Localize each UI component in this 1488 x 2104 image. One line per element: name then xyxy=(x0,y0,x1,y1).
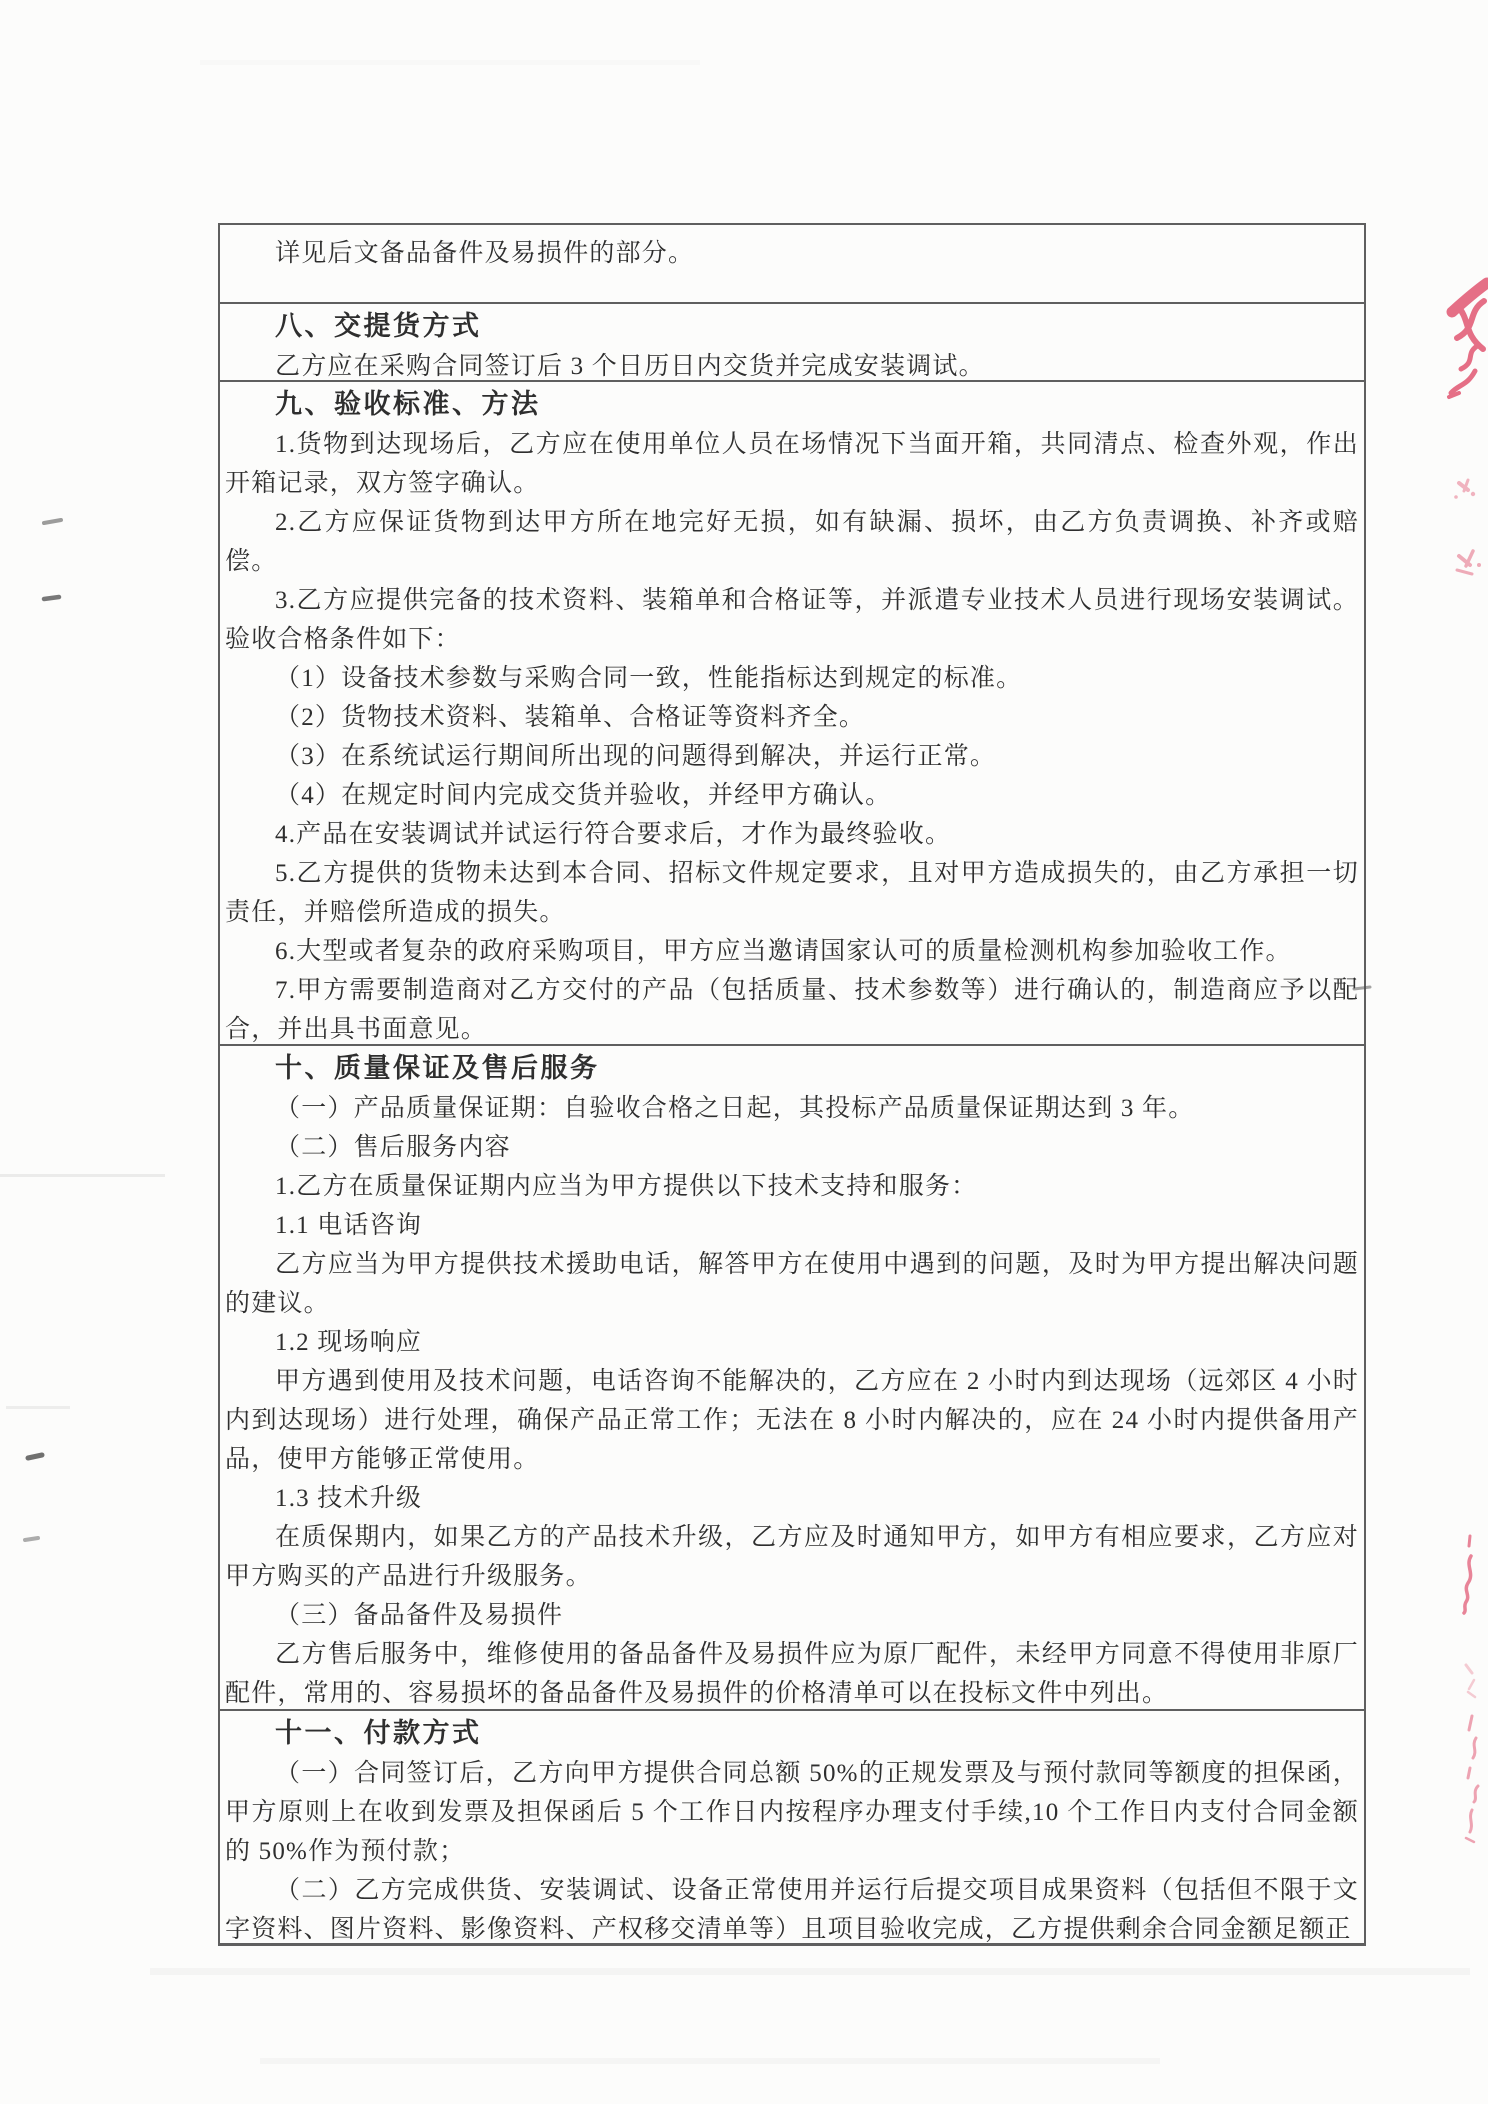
clause-10-item-2-1: 1.乙方在质量保证期内应当为甲方提供以下技术支持和服务： xyxy=(225,1167,1359,1206)
section-8-heading: 八、交提货方式 xyxy=(225,306,1359,347)
clause-9-item-6: 6.大型或者复杂的政府采购项目，甲方应当邀请国家认可的质量检测机构参加验收工作。 xyxy=(225,932,1359,971)
clause-9-item-5: 5.乙方提供的货物未达到本合同、招标文件规定要求，且对甲方造成损失的，由乙方承担… xyxy=(225,854,1359,932)
section-11-payment: 十一、付款方式 （一）合同签订后，乙方向甲方提供合同总额 50%的正规发票及与预… xyxy=(220,1709,1364,1943)
clause-9-item-3-1: （1）设备技术参数与采购合同一致，性能指标达到规定的标准。 xyxy=(225,659,1359,698)
clause-10-item-2: （二）售后服务内容 xyxy=(225,1128,1359,1167)
clause-11-item-2: （二）乙方完成供货、安装调试、设备正常使用并运行后提交项目成果资料（包括但不限于… xyxy=(225,1871,1359,1943)
red-smudge-icon xyxy=(1454,480,1475,499)
red-wavy-dash-icon xyxy=(1464,1536,1471,1613)
red-speck-cluster-icon xyxy=(1466,1665,1475,1697)
clause-9-item-4: 4.产品在安装调试并试运行符合要求后，才作为最终验收。 xyxy=(225,815,1359,854)
clause-9-item-3-4: （4）在规定时间内完成交货并验收，并经甲方确认。 xyxy=(225,776,1359,815)
contract-clauses-table: 详见后文备品备件及易损件的部分。 八、交提货方式 乙方应在采购合同签订后 3 个… xyxy=(218,223,1366,1946)
clause-11-item-1: （一）合同签订后，乙方向甲方提供合同总额 50%的正规发票及与预付款同等额度的担… xyxy=(225,1754,1359,1871)
clause-10-item-2-1-2: 1.2 现场响应 xyxy=(225,1323,1359,1362)
handwritten-red-scribble-icon xyxy=(1449,283,1487,397)
intro-line: 详见后文备品备件及易损件的部分。 xyxy=(225,234,1359,273)
section-8-delivery: 八、交提货方式 乙方应在采购合同签订后 3 个日历日内交货并完成安装调试。 xyxy=(220,302,1364,380)
clause-10-item-2-1-1: 1.1 电话咨询 xyxy=(225,1206,1359,1245)
red-dash-series-icon xyxy=(1466,1716,1478,1842)
clause-9-item-1: 1.货物到达现场后，乙方应在使用单位人员在场情况下当面开箱，共同清点、检查外观，… xyxy=(225,425,1359,503)
clause-10-item-2-1-3: 1.3 技术升级 xyxy=(225,1479,1359,1518)
clause-10-item-2-1-1-text: 乙方应当为甲方提供技术援助电话，解答甲方在使用中遇到的问题，及时为甲方提出解决问… xyxy=(225,1245,1359,1323)
clause-9-item-3-3: （3）在系统试运行期间所出现的问题得到解决，并运行正常。 xyxy=(225,737,1359,776)
section-10-warranty: 十、质量保证及售后服务 （一）产品质量保证期：自验收合格之日起，其投标产品质量保… xyxy=(220,1044,1364,1709)
clause-9-item-2: 2.乙方应保证货物到达甲方所在地完好无损，如有缺漏、损坏，由乙方负责调换、补齐或… xyxy=(225,503,1359,581)
red-smudge-icon xyxy=(1457,551,1481,574)
clause-10-item-1: （一）产品质量保证期：自验收合格之日起，其投标产品质量保证期达到 3 年。 xyxy=(225,1089,1359,1128)
section-9-heading: 九、验收标准、方法 xyxy=(225,384,1359,425)
clause-9-item-3-2: （2）货物技术资料、装箱单、合格证等资料齐全。 xyxy=(225,698,1359,737)
section-10-heading: 十、质量保证及售后服务 xyxy=(225,1048,1359,1089)
section-intro: 详见后文备品备件及易损件的部分。 xyxy=(220,225,1364,302)
clause-10-item-2-1-3-text: 在质保期内，如果乙方的产品技术升级，乙方应及时通知甲方，如甲方有相应要求，乙方应… xyxy=(225,1518,1359,1596)
section-11-heading: 十一、付款方式 xyxy=(225,1713,1359,1754)
scanned-contract-page: 详见后文备品备件及易损件的部分。 八、交提货方式 乙方应在采购合同签订后 3 个… xyxy=(0,0,1488,2104)
clause-10-item-3: （三）备品备件及易损件 xyxy=(225,1596,1359,1635)
clause-10-item-3-text: 乙方售后服务中，维修使用的备品备件及易损件应为原厂配件，未经甲方同意不得使用非原… xyxy=(225,1635,1359,1709)
clause-8-paragraph: 乙方应在采购合同签订后 3 个日历日内交货并完成安装调试。 xyxy=(225,347,1359,380)
clause-9-item-7: 7.甲方需要制造商对乙方交付的产品（包括质量、技术参数等）进行确认的，制造商应予… xyxy=(225,971,1359,1044)
clause-10-item-2-1-2-text: 甲方遇到使用及技术问题，电话咨询不能解决的，乙方应在 2 小时内到达现场（远郊区… xyxy=(225,1362,1359,1479)
section-9-acceptance: 九、验收标准、方法 1.货物到达现场后，乙方应在使用单位人员在场情况下当面开箱，… xyxy=(220,380,1364,1044)
clause-9-item-3: 3.乙方应提供完备的技术资料、装箱单和合格证等，并派遣专业技术人员进行现场安装调… xyxy=(225,581,1359,659)
